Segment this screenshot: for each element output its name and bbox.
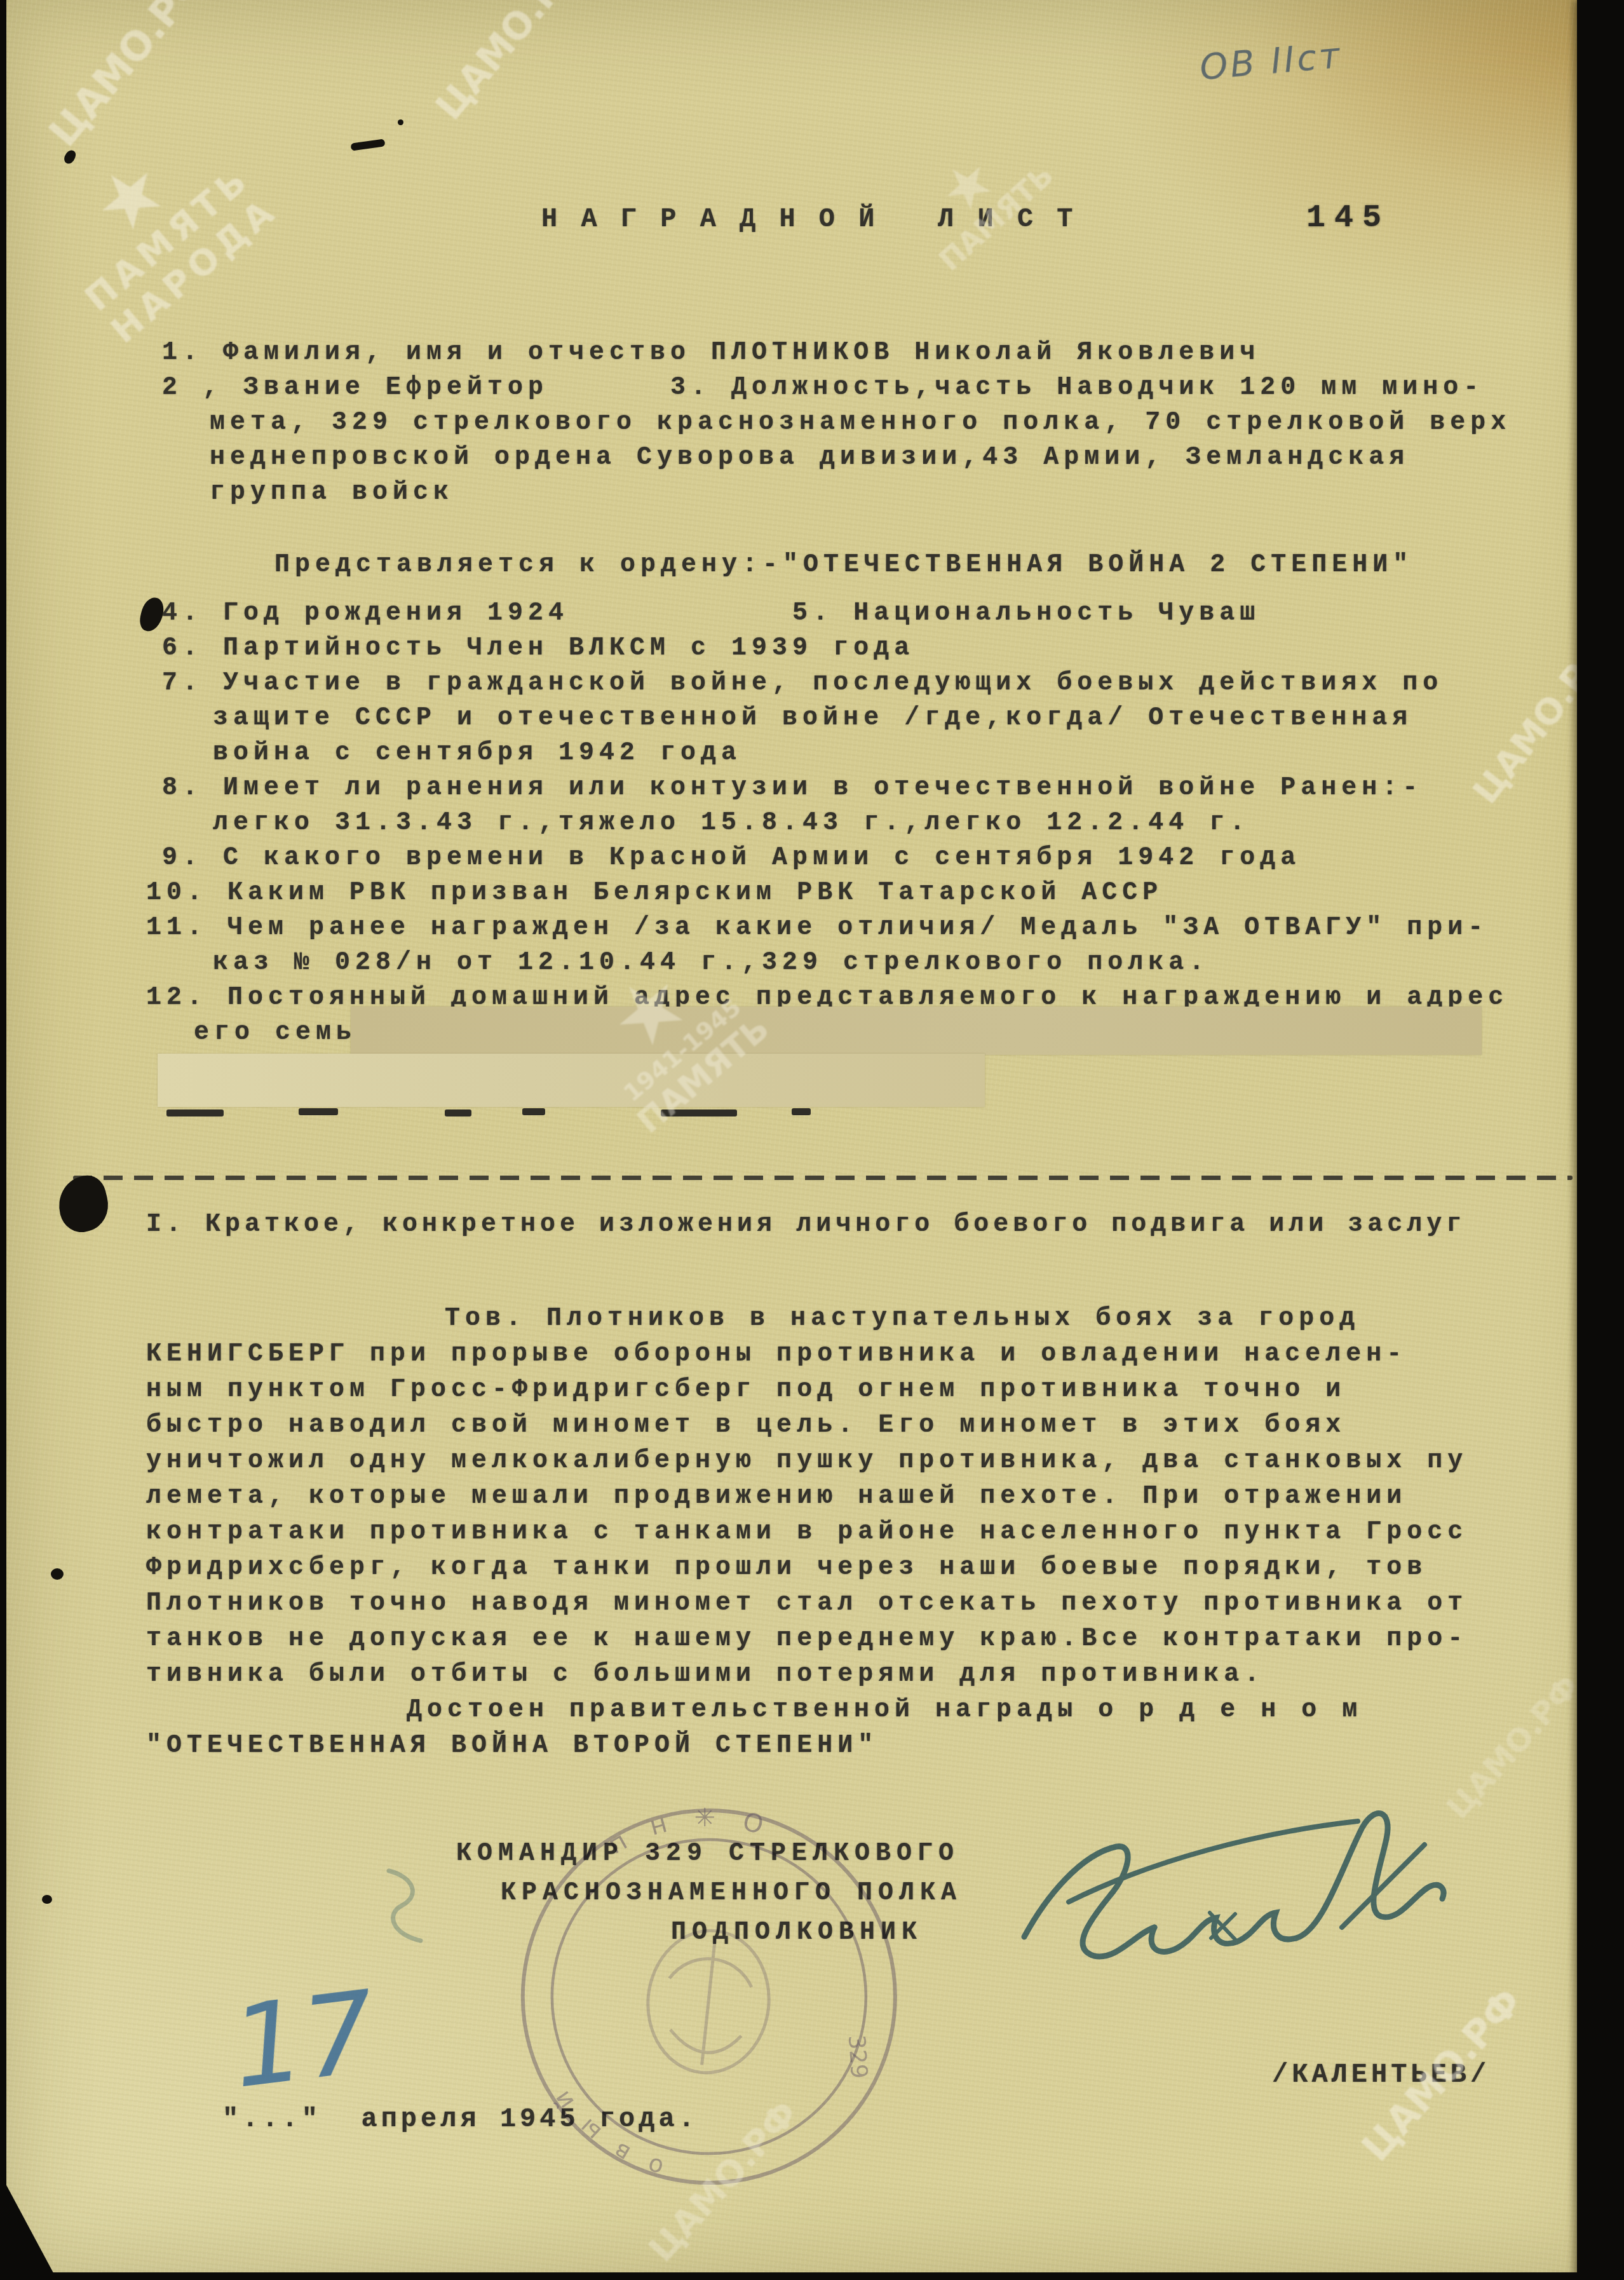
field-line: каз № 028/н от 12.10.44 г.,329 стрелково…: [213, 946, 1209, 981]
field-line: 9. С какого времени в Красной Армии с се…: [162, 841, 1301, 876]
ink-fragment: [445, 1109, 471, 1116]
citation-line: Тов. Плотников в наступательных боях за …: [445, 1301, 1360, 1336]
scan-corner-bottom-left: [0, 2173, 57, 2280]
handwritten-signature: [986, 1778, 1482, 2007]
dashed-separator: [73, 1176, 1573, 1180]
star-icon: ★: [32, 105, 233, 288]
watermark-camo: ЦАМО.РФ: [40, 0, 219, 155]
signer-name: /КАЛЕНТЬЕВ/: [1272, 2058, 1490, 2093]
citation-line: Плотников точно наводя миномет стал отсе…: [146, 1586, 1468, 1621]
pencil-smudge: [376, 1858, 440, 1953]
watermark-pamyat-naroda: ★ ПАМЯТЬ НАРОДА: [32, 105, 285, 351]
ink-speck: [398, 119, 403, 125]
citation-line: Достоен правительственной награды о р д …: [407, 1693, 1362, 1728]
watermark-camo: ЦАМО.РФ: [427, 0, 594, 128]
citation-line: ным пунктом Гросс-Фридригсберг под огнем…: [146, 1373, 1346, 1408]
award-sheet-scan: ОВ IIст Н А Г Р А Д Н О Й Л И С Т 145 1.…: [0, 0, 1624, 2280]
signature-title-line: ПОДПОЛКОВНИК: [671, 1915, 923, 1950]
citation-line: уничтожил одну мелкокалиберную пушку про…: [146, 1444, 1468, 1479]
ink-speck: [63, 149, 78, 165]
ink-speck: [42, 1895, 52, 1904]
handwritten-day: 17: [225, 1967, 382, 2114]
watermark-camo: ЦАМО.РФ: [1439, 1668, 1587, 1826]
ink-fragment: [166, 1109, 224, 1116]
citation-line: танков не допуская ее к нашему переднему…: [146, 1622, 1468, 1657]
date-line: "..." апреля 1945 года.: [222, 2102, 698, 2137]
ink-fragment: [661, 1109, 737, 1116]
citation-line: тивника были отбиты с большими потерями …: [146, 1657, 1264, 1692]
field-line: 1. Фамилия, имя и отчество ПЛОТНИКОВ Ник…: [162, 336, 1260, 370]
section-heading: I. Краткое, конкретное изложения личного…: [146, 1207, 1466, 1242]
field-line: защите СССР и отечественной войне /где,к…: [213, 701, 1412, 736]
citation-line: "ОТЕЧЕСТВЕННАЯ ВОЙНА ВТОРОЙ СТЕПЕНИ": [146, 1728, 878, 1763]
field-line: 11. Чем ранее награжден /за какие отличи…: [146, 911, 1488, 946]
date-text: апреля 1945 года.: [361, 2104, 698, 2134]
field-line: 7. Участие в гражданской войне, последую…: [162, 666, 1443, 701]
field-line: легко 31.3.43 г.,тяжело 15.8.43 г.,легко…: [213, 806, 1250, 841]
ink-fragment: [792, 1108, 811, 1115]
watermark-pamyat-small: ★ ПАМЯТЬ: [898, 119, 1060, 278]
page-number: 145: [1306, 201, 1390, 236]
field-line: 10. Каким РВК призван Белярским РВК Тата…: [146, 876, 1163, 911]
field-line: неднепровской ордена Суворова дивизии,43…: [210, 440, 1409, 475]
presentation-line: Представляется к ордену:-"ОТЕЧЕСТВЕННАЯ …: [274, 548, 1413, 583]
citation-line: лемета, которые мешали продвижению нашей…: [146, 1479, 1407, 1514]
citation-line: Фридрихсберг, когда танки прошли через н…: [146, 1551, 1427, 1585]
ink-fragment: [299, 1108, 338, 1115]
field-line: группа войск: [210, 475, 454, 510]
scan-edge-right: [1577, 0, 1624, 2280]
signature-title-line: КОМАНДИР 329 СТРЕЛКОВОГО: [456, 1836, 959, 1871]
redaction-box: [351, 1007, 1482, 1055]
field-line: 6. Партийность Член ВЛКСМ с 1939 года: [162, 631, 914, 666]
citation-line: контратаки противника с танками в районе…: [146, 1515, 1468, 1550]
field-line: 8. Имеет ли ранения или контузии в отече…: [162, 771, 1423, 806]
scan-edge-left: [0, 0, 6, 2280]
citation-line: КЕНИГСБЕРГ при прорыве обороны противник…: [146, 1337, 1407, 1372]
citation-line: быстро наводил свой миномет в цель. Его …: [146, 1408, 1346, 1443]
date-quotes: "...": [222, 2104, 321, 2134]
field-line: 2 , Звание Ефрейтор 3. Должность,часть Н…: [162, 370, 1484, 405]
field-line: 4. Год рождения 1924 5. Национальность Ч…: [162, 596, 1260, 631]
scan-edge-bottom: [0, 2272, 1577, 2280]
ink-fragment: [522, 1108, 545, 1115]
watermark-naroda-text: НАРОДА: [103, 189, 285, 351]
handwritten-archive-note: ОВ IIст: [1198, 34, 1344, 88]
stamp-ring-right-text: 329: [843, 2034, 872, 2079]
punch-hole: [53, 1172, 114, 1237]
ink-speck: [350, 139, 385, 151]
date-text-spacer: [321, 2104, 361, 2134]
field-line: мета, 329 стрелкового краснознаменного п…: [210, 405, 1511, 440]
signature-title-line: КРАСНОЗНАМЕННОГО ПОЛКА: [501, 1876, 962, 1911]
document-title: Н А Г Р А Д Н О Й Л И С Т: [541, 202, 1077, 237]
watermark-pamyat-text: ПАМЯТЬ: [76, 158, 259, 320]
redaction-box: [158, 1054, 985, 1107]
field-line: война с сентября 1942 года: [213, 736, 741, 771]
ink-speck: [51, 1568, 64, 1580]
